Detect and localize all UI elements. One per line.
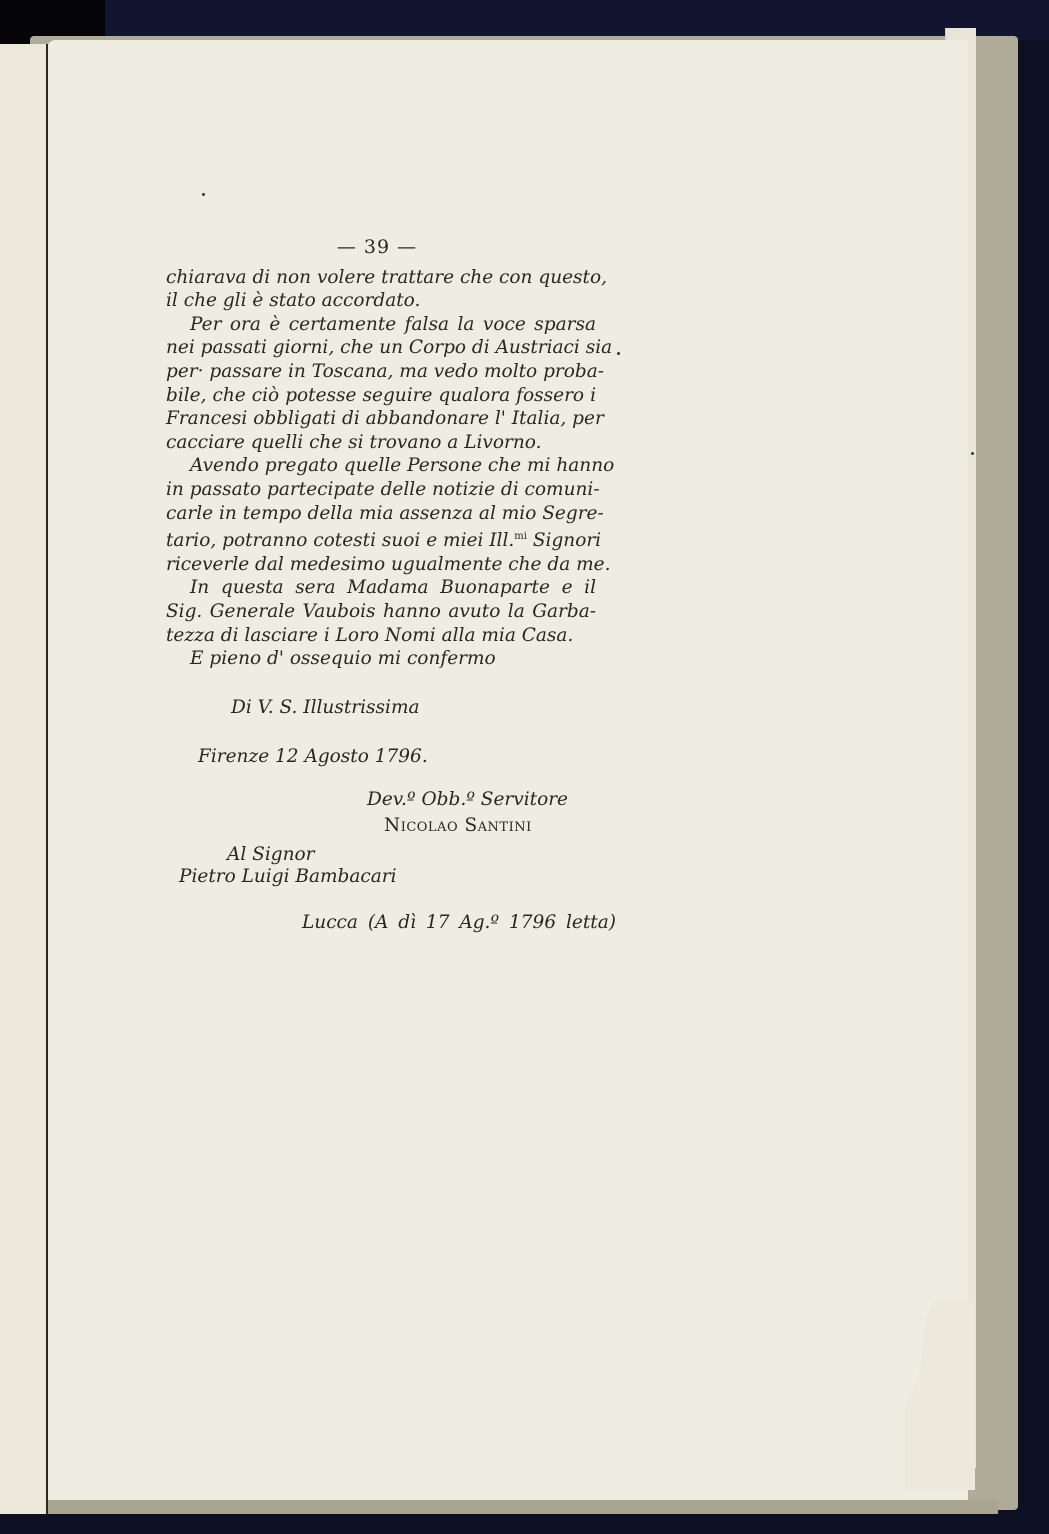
text-line: Sig. Generale Vaubois hanno avuto la Gar… <box>166 600 596 624</box>
text-line: bile, che ciò potesse seguire qualora fo… <box>166 384 596 408</box>
text-line: chiarava di non volere trattare che con … <box>166 266 596 290</box>
text-line: Avendo pregato quelle Persone che mi han… <box>166 454 596 478</box>
text-line: il che gli è stato accordato. <box>166 289 596 313</box>
signature-name: Nicolao Santini <box>384 815 532 836</box>
text-line: cacciare quelli che si trovano a Livorno… <box>166 431 596 455</box>
text-line: tezza di lasciare i Loro Nomi alla mia C… <box>166 624 596 648</box>
place-date: Firenze 12 Agosto 1796. <box>198 746 428 767</box>
addressee-salutation: Al Signor <box>227 844 315 865</box>
paper-speck <box>971 452 974 455</box>
text-line: tario, potranno cotesti suoi e miei Ill.… <box>166 525 596 553</box>
text-line: per· passare in Toscana, ma vedo molto p… <box>166 360 596 384</box>
text-line: Francesi obbligati di abbandonare l' Ita… <box>166 407 596 431</box>
body-lines: chiarava di non volere trattare che con … <box>166 266 596 671</box>
page-number: — 39 — <box>158 236 596 260</box>
page-bottom-edge <box>48 1500 998 1514</box>
text-line: Per ora è certamente falsa la voce spars… <box>166 313 596 337</box>
text-line: nei passati giorni, che un Corpo di Aust… <box>166 336 596 360</box>
paper-speck <box>202 193 205 196</box>
text-line: E pieno d' ossequio mi confermo <box>166 647 596 671</box>
text-line: in passato partecipate delle notizie di … <box>166 478 596 502</box>
signature-title: Dev.º Obb.º Servitore <box>367 789 568 810</box>
text-line: riceverle dal medesimo ugualmente che da… <box>166 553 596 577</box>
addressee-name: Pietro Luigi Bambacari <box>179 866 397 887</box>
superscript: mi <box>514 531 527 542</box>
text-line: carle in tempo della mia assenza al mio … <box>166 502 596 526</box>
text-line: In questa sera Madama Buonaparte e il <box>166 576 596 600</box>
facing-page-edge <box>0 44 48 1514</box>
receipt-note: Lucca (A dì 17 Ag.º 1796 letta) <box>302 912 616 933</box>
scan-backdrop <box>105 0 1049 40</box>
body-text: — 39 — chiarava di non volere trattare c… <box>166 236 596 671</box>
paper-speck <box>617 352 620 355</box>
letter-closing: Di V. S. Illustrissima <box>231 697 420 718</box>
